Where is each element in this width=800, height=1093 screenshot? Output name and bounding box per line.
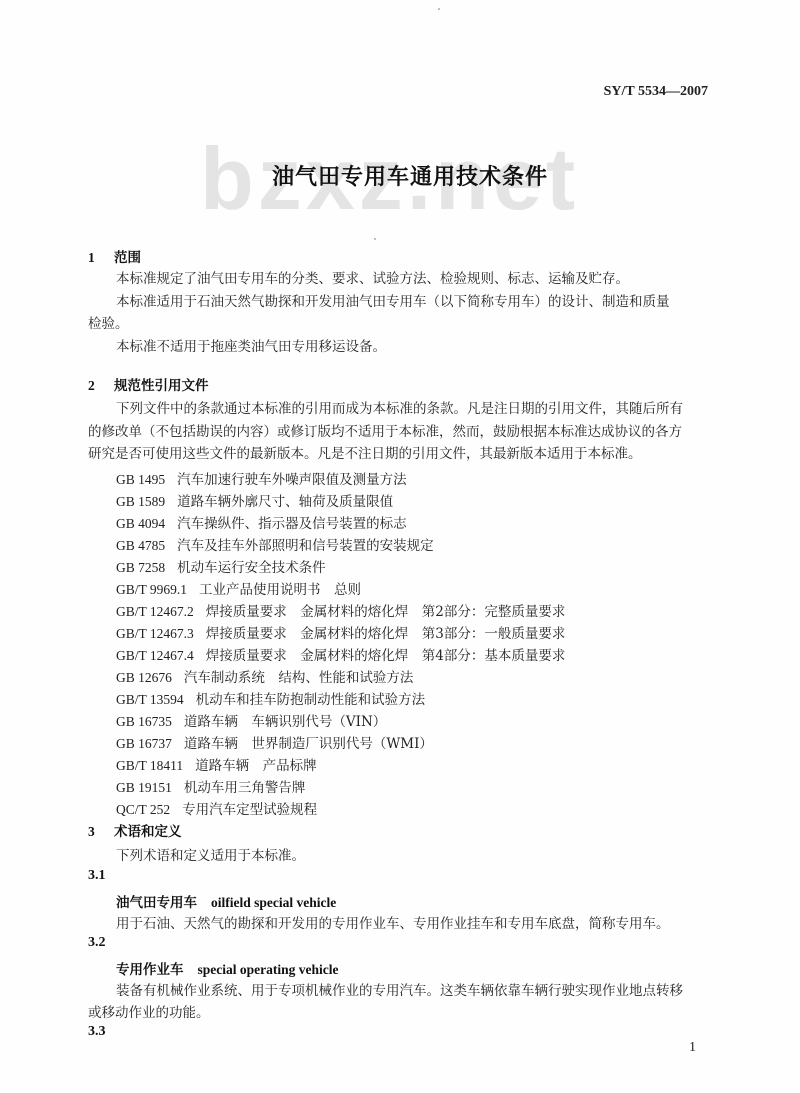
reference-title: 机动车运行安全技术条件 [177,560,326,576]
paragraph: 本标准适用于石油天然气勘探和开发用油气田专用车（以下简称专用车）的设计、制造和质… [116,291,670,313]
reference-title: 焊接质量要求 金属材料的熔化焊 第3部分：一般质量要求 [206,626,566,642]
reference-code: QC/T 252 [116,802,170,817]
reference-item: GB 4785汽车及挂车外部照明和信号装置的安装规定 [116,534,434,554]
reference-code: GB 4094 [116,516,165,531]
reference-title: 焊接质量要求 金属材料的熔化焊 第4部分：基本质量要求 [206,648,566,664]
term-number: 3.3 [88,1024,106,1040]
section-number: 2 [88,378,114,394]
term-definition: 或移动作业的功能。 [88,1002,210,1024]
term-definition: 装备有机械作业系统、用于专项机械作业的专用汽车。这类车辆依靠车辆行驶实现作业地点… [116,980,683,1002]
reference-title: 汽车加速行驶车外噪声限值及测量方法 [177,472,407,488]
section-title: 术语和定义 [114,824,182,840]
paragraph: 下列文件中的条款通过本标准的引用而成为本标准的条款。凡是注日期的引用文件，其随后… [116,398,683,420]
reference-title: 机动车用三角警告牌 [184,780,306,796]
reference-item: GB 12676汽车制动系统 结构、性能和试验方法 [116,666,413,686]
reference-title: 道路车辆 产品标牌 [195,758,317,774]
reference-item: GB 4094汽车操纵件、指示器及信号装置的标志 [116,512,407,532]
reference-code: GB/T 12467.3 [116,626,194,641]
document-page: SY/T 5534—2007 bzxz.net 油气田专用车通用技术条件 1范围… [0,0,800,1093]
reference-title: 专用汽车定型试验规程 [182,802,317,818]
reference-code: GB 16737 [116,736,172,751]
reference-item: GB/T 13594机动车和挂车防抱制动性能和试验方法 [116,688,425,708]
reference-code: GB 1495 [116,472,165,487]
reference-title: 机动车和挂车防抱制动性能和试验方法 [196,692,426,708]
reference-code: GB/T 13594 [116,692,184,707]
reference-code: GB 19151 [116,780,172,795]
reference-item: GB/T 9969.1工业产品使用说明书 总则 [116,578,361,598]
paragraph: 检验。 [88,313,129,335]
term-name-zh: 油气田专用车 [116,895,197,911]
reference-item: GB/T 12467.4焊接质量要求 金属材料的熔化焊 第4部分：基本质量要求 [116,644,565,664]
reference-item: GB 7258机动车运行安全技术条件 [116,556,326,576]
term-number: 3.2 [88,935,106,951]
reference-item: GB/T 18411道路车辆 产品标牌 [116,754,317,774]
document-title: 油气田专用车通用技术条件 [272,160,548,191]
page-number: 1 [689,1040,696,1056]
term-name-en: special operating vehicle [198,962,339,977]
term-name-en: oilfield special vehicle [211,895,336,910]
section-title: 规范性引用文件 [114,378,209,394]
reference-title: 汽车操纵件、指示器及信号装置的标志 [177,516,407,532]
reference-code: GB 12676 [116,670,172,685]
reference-code: GB 4785 [116,538,165,553]
standard-code: SY/T 5534—2007 [604,84,708,100]
section-title: 范围 [114,250,141,266]
reference-item: QC/T 252专用汽车定型试验规程 [116,798,317,818]
paragraph: 研究是否可使用这些文件的最新版本。凡是不注日期的引用文件，其最新版本适用于本标准… [88,443,642,465]
reference-title: 道路车辆 世界制造厂识别代号（WMI） [184,736,433,752]
reference-code: GB 16735 [116,714,172,729]
term-heading: 油气田专用车oilfield special vehicle [116,891,336,911]
reference-item: GB/T 12467.2焊接质量要求 金属材料的熔化焊 第2部分：完整质量要求 [116,600,565,620]
reference-title: 焊接质量要求 金属材料的熔化焊 第2部分：完整质量要求 [206,604,566,620]
scan-speck [438,8,440,10]
section-number: 1 [88,250,114,266]
term-heading: 专用作业车special operating vehicle [116,958,338,978]
section-number: 3 [88,824,114,840]
scan-speck [374,238,376,240]
section-2-heading: 2规范性引用文件 [88,374,209,394]
reference-code: GB 1589 [116,494,165,509]
reference-item: GB 19151机动车用三角警告牌 [116,776,305,796]
paragraph: 的修改单（不包括勘误的内容）或修订版均不适用于本标准，然而，鼓励根据本标准达成协… [88,421,682,443]
reference-title: 工业产品使用说明书 总则 [199,582,361,598]
reference-item: GB 16735道路车辆 车辆识别代号（VIN） [116,710,386,730]
reference-item: GB 1589道路车辆外廓尺寸、轴荷及质量限值 [116,490,393,510]
reference-code: GB/T 9969.1 [116,582,187,597]
paragraph: 本标准规定了油气田专用车的分类、要求、试验方法、检验规则、标志、运输及贮存。 [116,268,629,290]
term-definition: 用于石油、天然气的勘探和开发用的专用作业车、专用作业挂车和专用车底盘，简称专用车… [116,913,670,935]
reference-code: GB/T 12467.2 [116,604,194,619]
reference-title: 汽车制动系统 结构、性能和试验方法 [184,670,414,686]
paragraph: 下列术语和定义适用于本标准。 [116,845,305,867]
reference-code: GB/T 18411 [116,758,183,773]
paragraph: 本标准不适用于拖座类油气田专用移运设备。 [116,336,386,358]
term-name-zh: 专用作业车 [116,962,184,978]
section-3-heading: 3术语和定义 [88,820,182,840]
reference-code: GB 7258 [116,560,165,575]
reference-title: 汽车及挂车外部照明和信号装置的安装规定 [177,538,434,554]
reference-title: 道路车辆外廓尺寸、轴荷及质量限值 [177,494,393,510]
term-number: 3.1 [88,868,106,884]
reference-item: GB 16737道路车辆 世界制造厂识别代号（WMI） [116,732,433,752]
reference-item: GB 1495汽车加速行驶车外噪声限值及测量方法 [116,468,407,488]
section-1-heading: 1范围 [88,246,141,266]
reference-item: GB/T 12467.3焊接质量要求 金属材料的熔化焊 第3部分：一般质量要求 [116,622,565,642]
reference-code: GB/T 12467.4 [116,648,194,663]
reference-title: 道路车辆 车辆识别代号（VIN） [184,714,386,730]
